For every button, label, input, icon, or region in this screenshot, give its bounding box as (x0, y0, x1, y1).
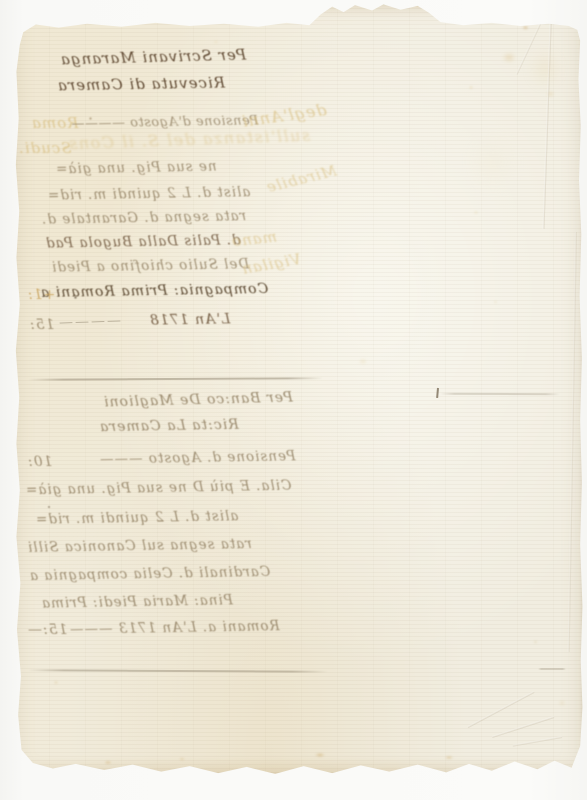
crease-right-mid (568, 232, 577, 652)
ink-line-amount-15b: 15:— (27, 622, 68, 638)
rule-1 (28, 377, 323, 380)
foxing-spot-1 (393, 2, 453, 8)
ink-line-amount-10: 10: (27, 454, 53, 470)
foxing-spot-14 (463, 122, 523, 202)
ink-line-header-line-2: Ricevuta di Camera (57, 74, 225, 95)
ink-line-block2-line3: rata segna sul Canonica Silli (27, 536, 252, 556)
foxing-spot-4 (521, 24, 530, 31)
ink-line-header-line-1: Per Scrivani Maranga (60, 46, 247, 69)
ink-line-plus-one: +1: (27, 287, 55, 303)
ink-line-block1-line3: alist d. L 2 quindi m. rid= (47, 184, 251, 204)
foxing-spot-12 (493, 300, 498, 304)
ink-line-block2-line4: Cardinali d. Celia compagnia a (29, 564, 270, 584)
foxing-spot-19 (103, 760, 113, 765)
foxing-spot-20 (178, 757, 186, 761)
foxing-spot-13 (358, 358, 368, 365)
foxing-spot-21 (313, 752, 327, 758)
ink-line-pencil-flourish: ———— (57, 313, 122, 331)
ink-line-block1-line7: Compagnia: Prima Romani a (40, 281, 268, 301)
rule-1b (440, 393, 560, 395)
foxing-spot-3 (500, 51, 518, 64)
ink-line-mirabile-frag: Mirabile (264, 162, 339, 197)
crease-br-1 (467, 691, 534, 728)
scan-background: { "meta": { "subject": "Aged manuscript … (0, 0, 587, 800)
crease-br-3 (513, 736, 563, 747)
foxing-spot-8 (213, 40, 219, 44)
ink-tick (436, 388, 439, 398)
ink-line-year-1718: L'An 1718 (149, 311, 231, 328)
foxing-spot-2 (305, 2, 314, 8)
ink-line-block2-line6: Romani a. L'An 1713 ——— (69, 618, 280, 638)
ink-line-block1-line6: Del Sulio chiofino a Piedi (51, 256, 249, 275)
ink-line-mano-frag: mano (230, 228, 277, 251)
foxing-spot-15 (47, 505, 51, 509)
ink-line-pensione-2: Pensione d. Agosto ——— (99, 448, 296, 467)
rule-2b (538, 668, 566, 670)
foxing-spot-10 (473, 210, 479, 215)
ink-line-header2-line1: Per Ban:co De Maglioni (103, 390, 293, 411)
ink-line-amount-15a: 15: (29, 317, 55, 333)
ink-line-block2-line5: Pina: Maria Piedi: Prima (41, 592, 233, 611)
foxing-spot-18 (53, 680, 59, 685)
manuscript-page: Per Scrivani MarangaRicevuta di CameraRo… (13, 2, 583, 777)
foxing-spot-6 (468, 85, 474, 90)
ink-line-block2-line1: Cila. E più D ne sua Pig. una già= (25, 478, 292, 499)
ink-line-block1-line2: ne sua Pig. una già= (55, 159, 217, 178)
foxing-spot-7 (523, 42, 567, 96)
ink-line-block1-line4: rata segna d. Garantale d. (41, 208, 246, 228)
ink-line-header2-line2: Ric:ta La Camera (99, 417, 239, 435)
foxing-spot-22 (443, 755, 455, 760)
foxing-spot-17 (558, 700, 566, 706)
rule-2 (28, 669, 328, 672)
foxing-spot-16 (533, 640, 538, 644)
ink-line-block2-line2: alist d. L 2 quindi m. rid= (35, 508, 239, 528)
ink-line-block1-line5: d. Palis Dalla Bugola Pad (45, 232, 241, 251)
crease-br-2 (492, 716, 554, 738)
foxing-spot-0 (444, 4, 458, 14)
ink-line-vigilan-frag: Vigilan (240, 250, 302, 278)
